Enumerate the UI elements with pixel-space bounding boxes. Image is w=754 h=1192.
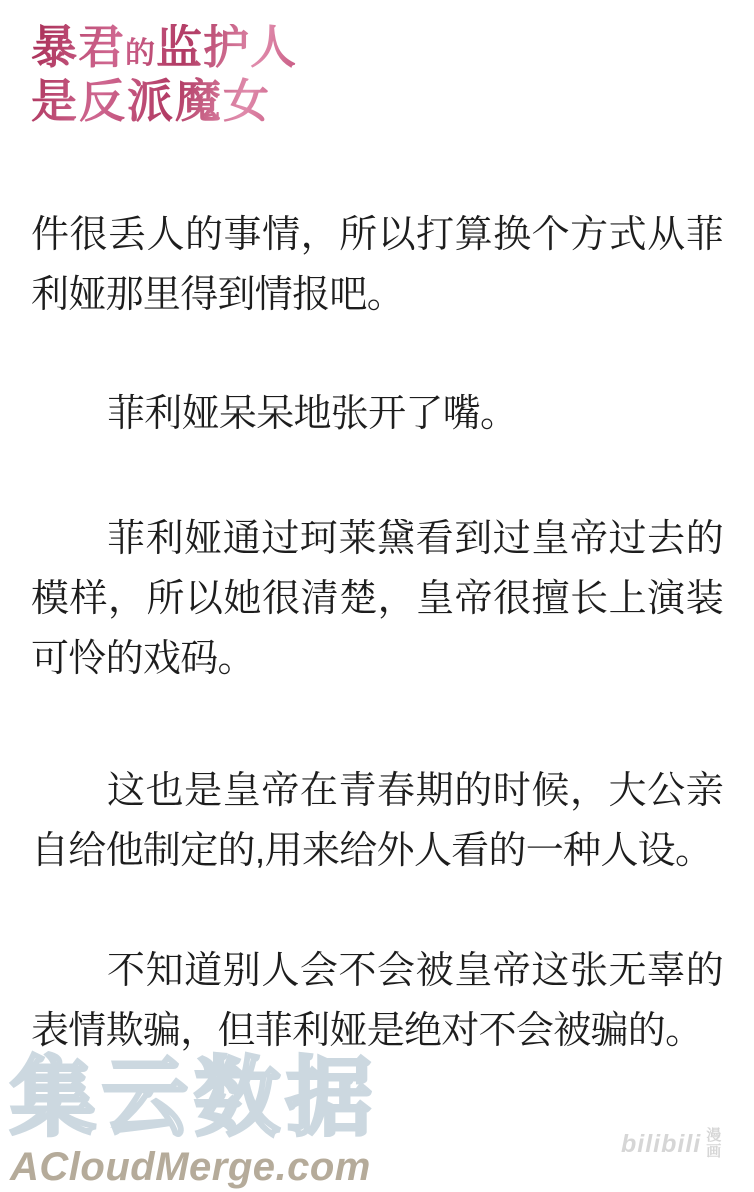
seal-char-man: 漫 (706, 1128, 721, 1144)
series-title-part3: 监护人 (156, 20, 297, 74)
series-title-line1: 暴君的监护人 (31, 24, 297, 70)
paragraph-5: 不知道别人会不会被皇帝这张无辜的表情欺骗，但菲利娅是绝对不会被骗的。 (31, 941, 723, 1061)
watermark: 集云数据 ACloudMerge.com (10, 1050, 378, 1187)
bilibili-comics-logo: bilibili 漫 画 (621, 1128, 721, 1160)
series-title-part1: 暴君 (31, 20, 125, 74)
watermark-text-cn: 集云数据 (10, 1050, 378, 1146)
paragraph-4: 这也是皇帝在青春期的时候，大公亲自给他制定的,用来给外人看的一种人设。 (31, 761, 723, 881)
manhua-seal: 漫 画 (706, 1128, 721, 1160)
comic-text-page: 暴君的监护人 是反派魔女 件很丢人的事情，所以打算换个方式从菲利娅那里得到情报吧… (0, 0, 754, 1192)
series-title-line2: 是反派魔女 (31, 78, 297, 124)
watermark-site-url: ACloudMerge.com (10, 1147, 378, 1187)
bilibili-wordmark: bilibili (621, 1130, 701, 1159)
seal-char-hua: 画 (706, 1144, 721, 1160)
series-title-logo: 暴君的监护人 是反派魔女 (31, 24, 297, 124)
paragraph-2: 菲利娅呆呆地张开了嘴。 (31, 384, 723, 444)
series-title-part2: 的 (125, 36, 156, 71)
paragraph-1: 件很丢人的事情，所以打算换个方式从菲利娅那里得到情报吧。 (31, 205, 723, 325)
paragraph-3: 菲利娅通过珂莱黛看到过皇帝过去的模样，所以她很清楚，皇帝很擅长上演装可怜的戏码。 (31, 509, 723, 689)
